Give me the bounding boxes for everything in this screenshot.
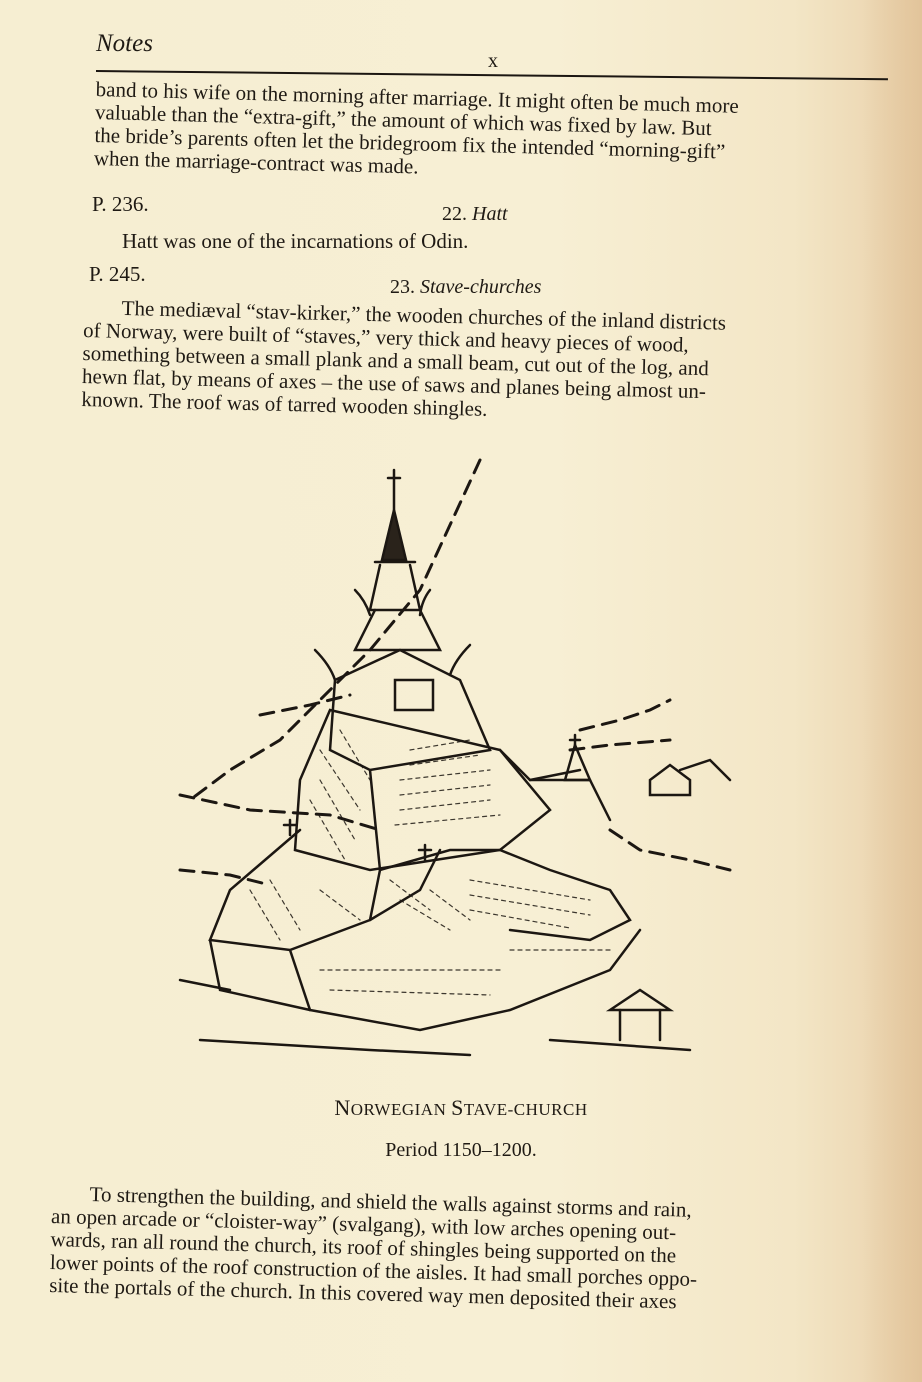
note-body-stave-churches: The mediæval “stav-kirker,” the wooden c… <box>81 296 726 427</box>
note-heading-stave-churches: 23. Stave-churches <box>390 276 541 299</box>
continued-note: band to his wife on the morning after ma… <box>94 78 739 187</box>
note-title: Stave-churches <box>420 276 541 298</box>
caption-smallcaps: TAVE-CHURCH <box>464 1100 588 1119</box>
page-reference-236: P. 236. <box>92 192 149 217</box>
running-head: Notes <box>96 30 153 58</box>
caption-initial: N <box>334 1095 350 1120</box>
caption-smallcaps: ORWEGIAN <box>351 1100 451 1119</box>
stave-church-illustration <box>170 450 750 1090</box>
caption-initial: S <box>451 1095 464 1120</box>
page-number: x <box>488 50 498 73</box>
figure-caption-title: NORWEGIAN STAVE-CHURCH <box>0 1095 922 1121</box>
note-body-hatt: Hatt was one of the incarnations of Odin… <box>122 229 468 254</box>
figure-caption-period: Period 1150–1200. <box>0 1139 922 1162</box>
note-number: 23. <box>390 276 415 298</box>
note-title: Hatt <box>472 203 508 225</box>
page-reference-245: P. 245. <box>89 262 146 287</box>
note-heading-hatt: 22. Hatt <box>442 203 508 226</box>
note-number: 22. <box>442 203 467 225</box>
closing-paragraph: To strengthen the building, and shield t… <box>49 1182 699 1314</box>
page-edge-shadow <box>862 0 922 1382</box>
